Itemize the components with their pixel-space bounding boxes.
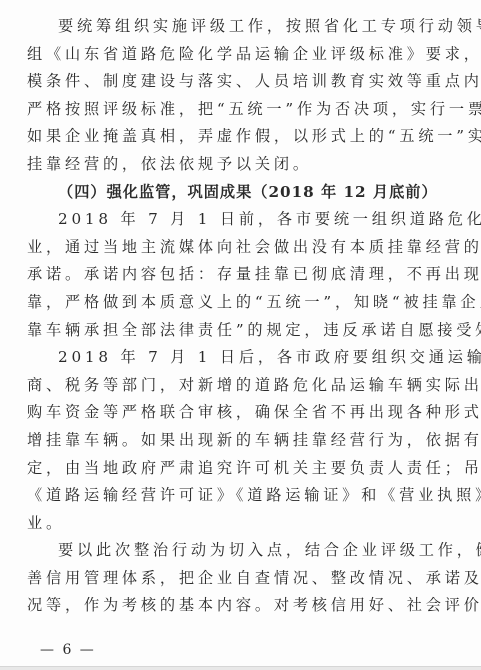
text-line: 组《山东省道路危险化学品运输企业评级标准》要求，突出规: [27, 41, 447, 69]
text-line: 2018 年 7 月 1 日前，各市要统一组织道路危化品运输企: [27, 206, 447, 234]
text-line: 要统筹组织实施评级工作，按照省化工专项行动领导小: [27, 13, 447, 41]
text-line: 靠车辆承担全部法律责任”的规定，违反承诺自愿接受处罚。: [27, 317, 447, 345]
text-line: 靠，严格做到本质意义上的“五统一”，知晓“被挂靠企业对挂: [27, 289, 447, 317]
text-line: 况等，作为考核的基本内容。对考核信用好、社会评价高的企: [27, 592, 447, 620]
text-line: 要以此次整治行动为切入点，结合企业评级工作，健全完: [27, 537, 447, 565]
text-line: 定，由当地政府严肃追究许可机关主要负责人责任；吊销企业: [27, 455, 447, 483]
text-line: 商、税务等部门，对新增的道路危化品运输车辆实际出资人、: [27, 372, 447, 400]
section-heading: （四）强化监管，巩固成果（2018 年 12 月底前）: [27, 179, 447, 207]
text-line: 购车资金等严格联合审核，确保全省不再出现各种形式的新: [27, 399, 447, 427]
document-page: 要统筹组织实施评级工作，按照省化工专项行动领导小 组《山东省道路危险化学品运输企…: [0, 0, 481, 666]
page-bottom-edge: [0, 666, 481, 670]
page-number: — 6 —: [40, 642, 96, 658]
text-line: 增挂靠车辆。如果出现新的车辆挂靠经营行为，依据有关规: [27, 427, 447, 455]
text-line: 2018 年 7 月 1 日后，各市政府要组织交通运输、公安、工: [27, 344, 447, 372]
text-line: 承诺。承诺内容包括：存量挂靠已彻底清理，不再出现新增挂: [27, 261, 447, 289]
text-line: 业，通过当地主流媒体向社会做出没有本质挂靠经营的公开: [27, 234, 447, 262]
text-line: 《道路运输经营许可证》《道路运输证》和《营业执照》，关闭企: [27, 482, 447, 510]
text-line: 严格按照评级标准，把“五统一”作为否决项，实行一票否决。: [27, 96, 447, 124]
document-body: 要统筹组织实施评级工作，按照省化工专项行动领导小 组《山东省道路危险化学品运输企…: [27, 13, 447, 620]
text-line: 如果企业掩盖真相，弄虚作假，以形式上的“五统一”实施本质: [27, 123, 447, 151]
text-line: 挂靠经营的，依法依规予以关闭。: [27, 151, 447, 179]
text-line: 模条件、制度建设与落实、人员培训教育实效等重点内容。要: [27, 68, 447, 96]
text-line: 善信用管理体系，把企业自查情况、整改情况、承诺及履行情: [27, 565, 447, 593]
text-line: 业。: [27, 510, 447, 538]
